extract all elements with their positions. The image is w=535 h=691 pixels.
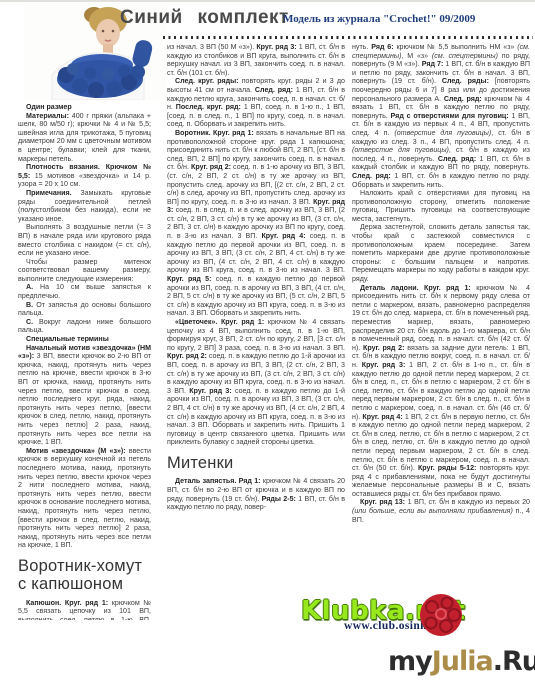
paragraph: Материалы: 400 г пряжи (альпака + шелк, … (18, 112, 151, 164)
text-column-right: нуть. Ряд 6: крючком № 5,5 выполнить НМ … (352, 43, 530, 633)
paragraph: Капюшон. Круг. ряд 1: крючком № 5,5 связ… (18, 599, 151, 620)
paragraph: Деталь ладони. Круг. ряд 1: крючком № 4 … (352, 284, 530, 499)
paragraph: «Цветочек». Круг. ряд 1: крючком № 4 свя… (167, 318, 345, 447)
sub-heading: Специальные термины (18, 335, 151, 344)
scan-edge-artifact (0, 0, 535, 2)
paragraph: Выполнять 3 воздушные петли (= 3 ВП) в н… (18, 223, 151, 257)
paragraph: Деталь запястья. Ряд 1: крючком № 4 связ… (167, 477, 345, 511)
section-heading: Митенки (167, 454, 345, 473)
scanned-magazine-page: Синий комплект Модель из журнала "Croche… (0, 0, 535, 691)
paragraph: Держа застегнутой, сложить деталь запяст… (352, 223, 530, 283)
myjulia-logo-julia: Julia (432, 646, 493, 677)
text-column-middle: из начал. 3 ВП (50 М «з»). Круг. ряд 3: … (167, 43, 345, 633)
paragraph: В. От запястья до основы большого пальца… (18, 301, 151, 318)
paragraph: Чтобы размер митенок соответствовал ваше… (18, 258, 151, 284)
section-heading: Воротник-хомут с капюшоном (18, 557, 151, 594)
paragraph: Воротник. Круг. ряд 1: вязать в начальны… (167, 129, 345, 318)
myjulia-logo-ru: .Ru (493, 646, 535, 677)
paragraph: След. круг. ряды: повторять круг. ряды 2… (167, 77, 345, 129)
paragraph: из начал. 3 ВП (50 М «з»). Круг. ряд 3: … (167, 43, 345, 77)
paragraph: Начальный мотив «звездочка» (НМ «з»): 3 … (18, 344, 151, 447)
myjulia-logo-my: my (388, 646, 432, 677)
paragraph: Примечания. Замыкать круговые ряды соеди… (18, 189, 151, 223)
source-credit: Модель из журнала "Crochet!" 09/2009 (283, 13, 475, 25)
paragraph: Круг. ряд 13: 1 ВП, ст. б/н в каждую из … (352, 498, 530, 524)
text-column-left: Один размерМатериалы: 400 г пряжи (альпа… (18, 103, 151, 620)
page-title: Синий комплект (120, 7, 289, 29)
red-flower-icon (418, 592, 464, 638)
paragraph: Плотность вязания. Крючком № 5,5: 15 мот… (18, 163, 151, 189)
paragraph: С. Вокруг ладони ниже большого пальца. (18, 318, 151, 335)
dotted-separator (163, 36, 533, 39)
paragraph: Мотив «звездочка» (М «з»): ввести крючок… (18, 447, 151, 550)
paragraph: нуть. Ряд 6: крючком № 5,5 выполнить НМ … (352, 43, 530, 189)
sub-heading: Один размер (18, 103, 151, 112)
paragraph: А. На 10 см выше запястья к предплечью. (18, 283, 151, 300)
myjulia-logo: myJulia.Ru (388, 646, 535, 677)
paragraph: Наложить край с отверстиями для пуговиц … (352, 189, 530, 223)
